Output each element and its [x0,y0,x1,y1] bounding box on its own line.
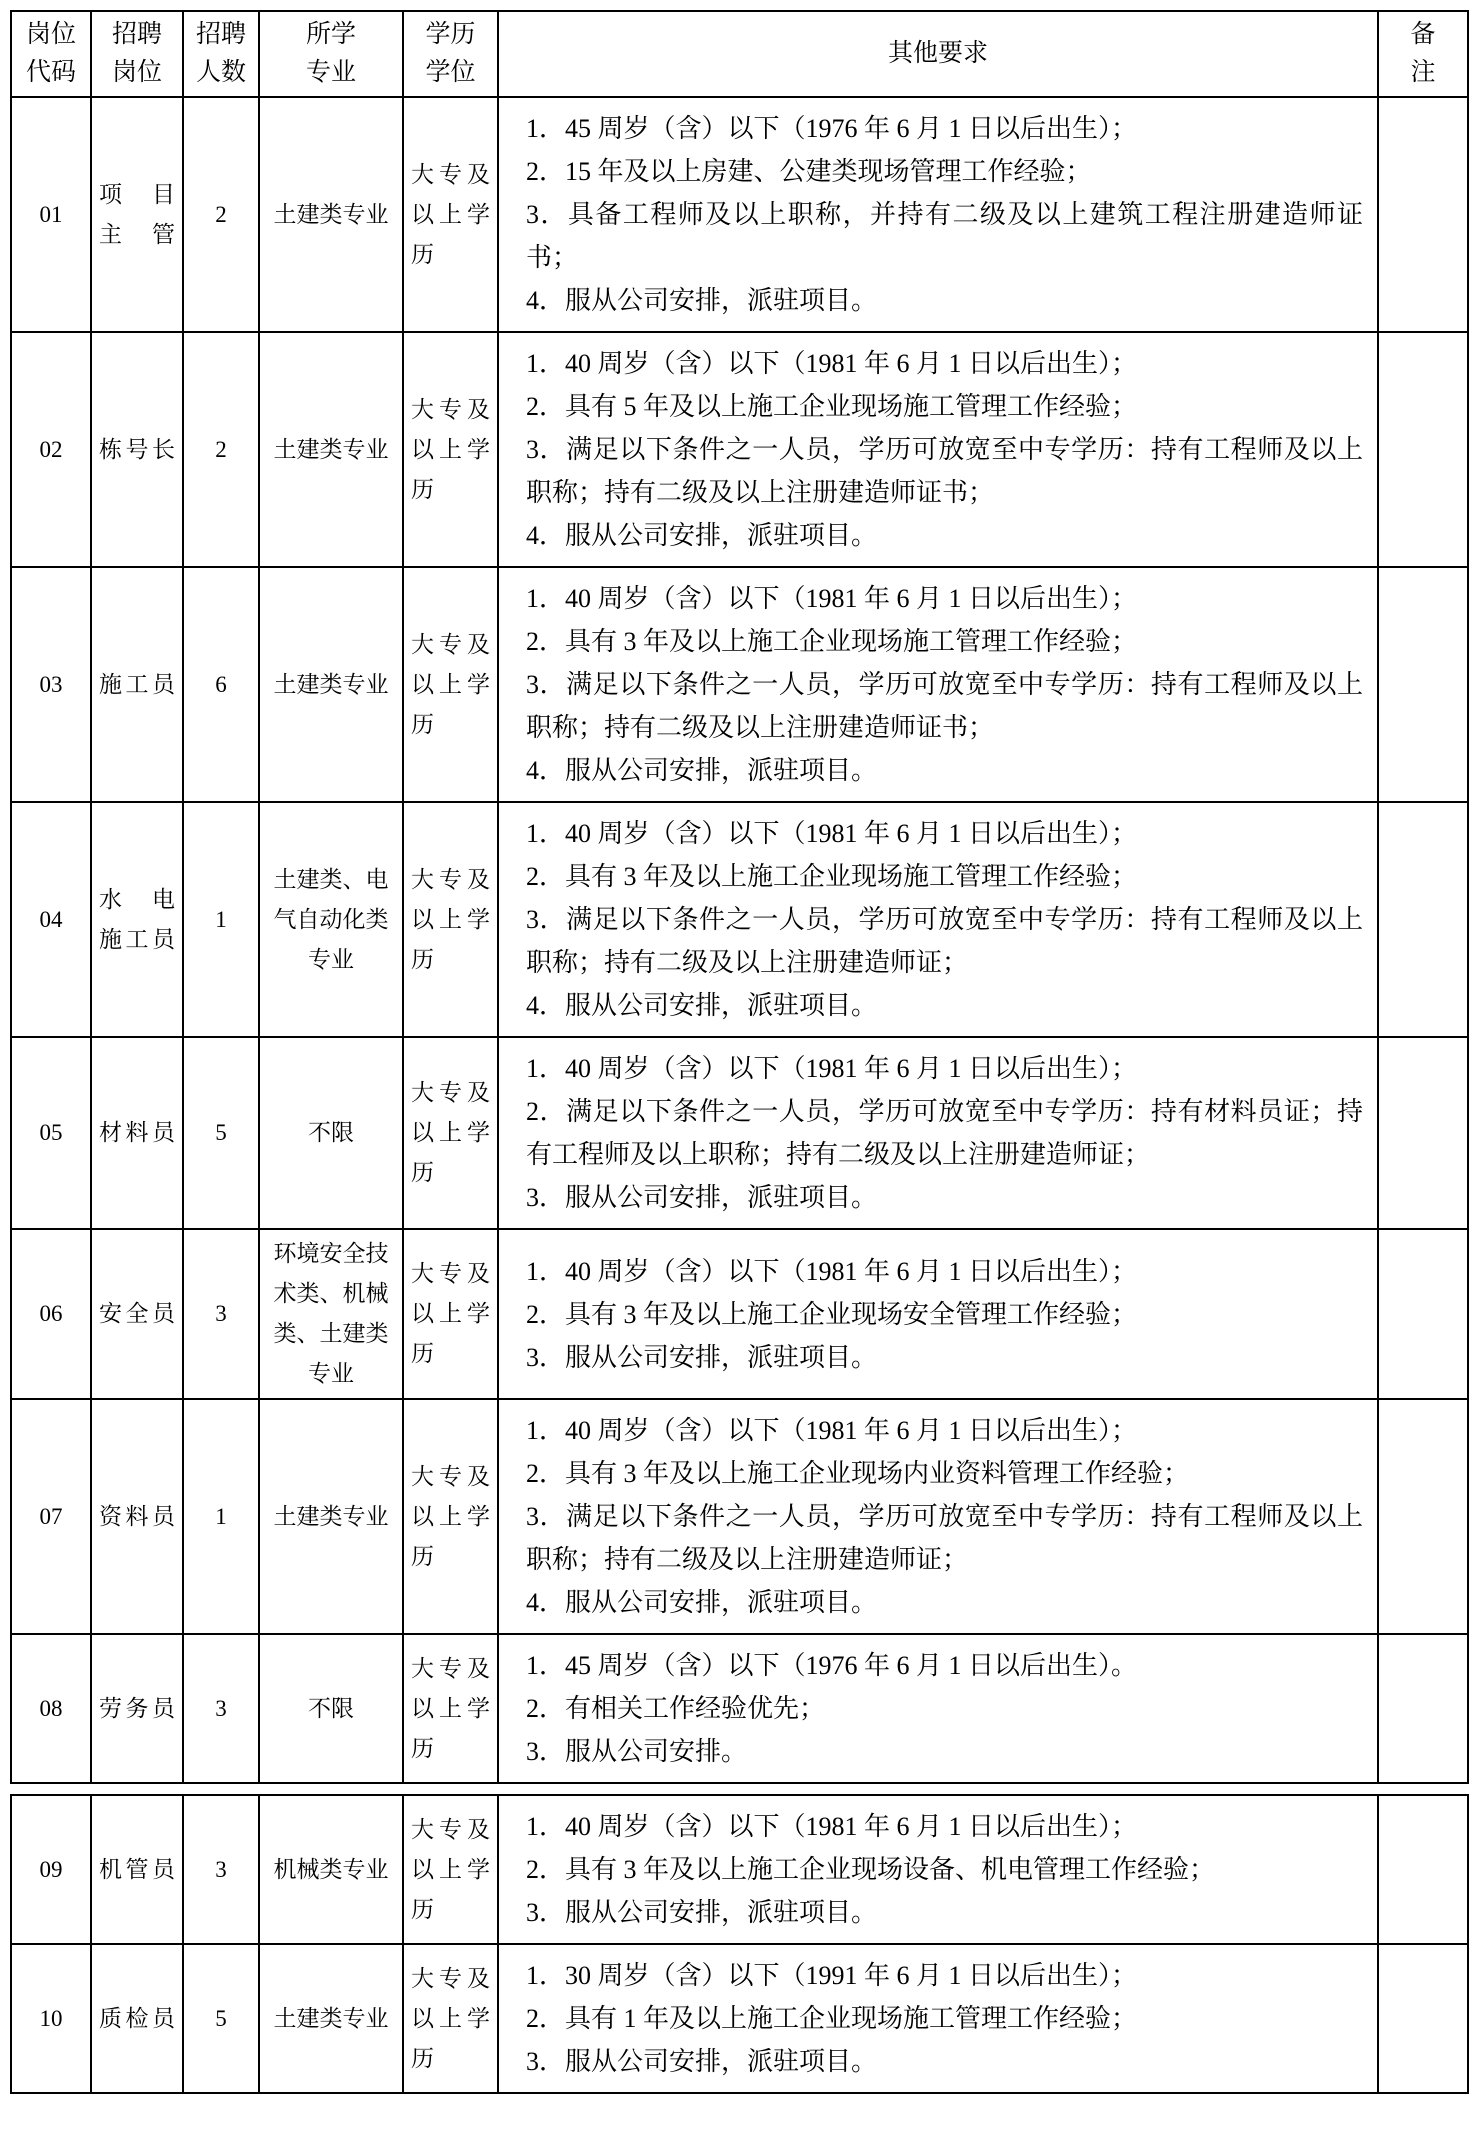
position-cell: 安全员 [91,1229,183,1399]
note-cell [1378,97,1468,332]
count-cell: 1 [183,802,259,1037]
position-cell: 材料员 [91,1037,183,1229]
degree-cell: 大专及 以上学历 [403,1944,498,2093]
major-cell: 土建类专业 [259,1944,403,2093]
recruitment-table-section-1: 岗位 代码 招聘 岗位 招聘 人数 所学 专业 学历 学位 其他要求 备 注 0… [10,10,1469,1784]
job-code-cell: 03 [11,567,91,802]
degree-cell: 大专及 以上学历 [403,97,498,332]
column-header-position: 招聘 岗位 [91,11,183,97]
requirement-item: 4．服从公司安排，派驻项目。 [526,279,1363,322]
requirements-cell: 1．40 周岁（含）以下（1981 年 6 月 1 日以后出生）；2．具有 5 … [498,332,1378,567]
requirements-cell: 1．45 周岁（含）以下（1976 年 6 月 1 日以后出生）；2．15 年及… [498,97,1378,332]
major-cell: 土建类专业 [259,567,403,802]
column-header-degree: 学历 学位 [403,11,498,97]
requirement-item: 3．满足以下条件之一人员，学历可放宽至中专学历：持有工程师及以上职称；持有二级及… [526,898,1363,984]
requirements-cell: 1．40 周岁（含）以下（1981 年 6 月 1 日以后出生）；2．具有 3 … [498,1795,1378,1944]
table-row: 08劳务员3不限大专及 以上学历1．45 周岁（含）以下（1976 年 6 月 … [11,1634,1468,1783]
column-header-count: 招聘 人数 [183,11,259,97]
position-cell: 劳务员 [91,1634,183,1783]
table-row: 01项目 主管2土建类专业大专及 以上学历1．45 周岁（含）以下（1976 年… [11,97,1468,332]
note-cell [1378,1944,1468,2093]
major-cell: 环境安全技术类、机械类、土建类专业 [259,1229,403,1399]
degree-cell: 大专及 以上学历 [403,1037,498,1229]
position-cell: 机管员 [91,1795,183,1944]
requirement-item: 2．具有 3 年及以上施工企业现场安全管理工作经验； [526,1293,1363,1336]
major-cell: 不限 [259,1634,403,1783]
recruitment-table-section-2: 09机管员3机械类专业大专及 以上学历1．40 周岁（含）以下（1981 年 6… [10,1794,1469,2094]
major-cell: 机械类专业 [259,1795,403,1944]
degree-cell: 大专及 以上学历 [403,1795,498,1944]
requirement-item: 3．服从公司安排，派驻项目。 [526,1176,1363,1219]
count-cell: 5 [183,1944,259,2093]
requirement-item: 2．具有 1 年及以上施工企业现场施工管理工作经验； [526,1997,1363,2040]
degree-cell: 大专及 以上学历 [403,1634,498,1783]
table-row: 03施工员6土建类专业大专及 以上学历1．40 周岁（含）以下（1981 年 6… [11,567,1468,802]
table-row: 04水电 施工员1土建类、电气自动化类专业大专及 以上学历1．40 周岁（含）以… [11,802,1468,1037]
note-cell [1378,1795,1468,1944]
job-code-cell: 08 [11,1634,91,1783]
requirement-item: 3．服从公司安排，派驻项目。 [526,2040,1363,2083]
position-cell: 水电 施工员 [91,802,183,1037]
requirement-item: 1．40 周岁（含）以下（1981 年 6 月 1 日以后出生）； [526,812,1363,855]
note-cell [1378,332,1468,567]
note-cell [1378,802,1468,1037]
requirement-item: 2．具有 5 年及以上施工企业现场施工管理工作经验； [526,385,1363,428]
requirement-item: 1．45 周岁（含）以下（1976 年 6 月 1 日以后出生）。 [526,1644,1363,1687]
degree-cell: 大专及 以上学历 [403,332,498,567]
requirement-item: 3．满足以下条件之一人员，学历可放宽至中专学历：持有工程师及以上职称；持有二级及… [526,428,1363,514]
degree-cell: 大专及 以上学历 [403,1399,498,1634]
count-cell: 3 [183,1634,259,1783]
column-header-major: 所学 专业 [259,11,403,97]
note-cell [1378,567,1468,802]
requirement-item: 4．服从公司安排，派驻项目。 [526,1581,1363,1624]
major-cell: 土建类专业 [259,97,403,332]
requirements-cell: 1．40 周岁（含）以下（1981 年 6 月 1 日以后出生）；2．具有 3 … [498,802,1378,1037]
column-header-note: 备 注 [1378,11,1468,97]
requirements-cell: 1．40 周岁（含）以下（1981 年 6 月 1 日以后出生）；2．具有 3 … [498,567,1378,802]
table-row: 07资料员1土建类专业大专及 以上学历1．40 周岁（含）以下（1981 年 6… [11,1399,1468,1634]
requirement-item: 1．40 周岁（含）以下（1981 年 6 月 1 日以后出生）； [526,1409,1363,1452]
position-cell: 施工员 [91,567,183,802]
requirement-item: 2．15 年及以上房建、公建类现场管理工作经验； [526,150,1363,193]
requirements-cell: 1．40 周岁（含）以下（1981 年 6 月 1 日以后出生）；2．具有 3 … [498,1399,1378,1634]
table-row: 05材料员5不限大专及 以上学历1．40 周岁（含）以下（1981 年 6 月 … [11,1037,1468,1229]
requirement-item: 1．40 周岁（含）以下（1981 年 6 月 1 日以后出生）； [526,1250,1363,1293]
requirement-item: 3．具备工程师及以上职称，并持有二级及以上建筑工程注册建造师证书； [526,193,1363,279]
requirement-item: 2．满足以下条件之一人员，学历可放宽至中专学历：持有材料员证；持有工程师及以上职… [526,1090,1363,1176]
table-row: 02栋号长2土建类专业大专及 以上学历1．40 周岁（含）以下（1981 年 6… [11,332,1468,567]
position-cell: 质检员 [91,1944,183,2093]
column-header-other-requirements: 其他要求 [498,11,1378,97]
requirements-cell: 1．30 周岁（含）以下（1991 年 6 月 1 日以后出生）；2．具有 1 … [498,1944,1378,2093]
job-code-cell: 05 [11,1037,91,1229]
major-cell: 土建类专业 [259,1399,403,1634]
requirement-item: 1．45 周岁（含）以下（1976 年 6 月 1 日以后出生）； [526,107,1363,150]
requirement-item: 2．具有 3 年及以上施工企业现场设备、机电管理工作经验； [526,1848,1363,1891]
requirements-cell: 1．40 周岁（含）以下（1981 年 6 月 1 日以后出生）；2．具有 3 … [498,1229,1378,1399]
count-cell: 1 [183,1399,259,1634]
degree-cell: 大专及 以上学历 [403,802,498,1037]
requirement-item: 2．具有 3 年及以上施工企业现场内业资料管理工作经验； [526,1452,1363,1495]
requirement-item: 4．服从公司安排，派驻项目。 [526,749,1363,792]
note-cell [1378,1634,1468,1783]
requirement-item: 3．服从公司安排，派驻项目。 [526,1891,1363,1934]
count-cell: 3 [183,1795,259,1944]
requirement-item: 1．40 周岁（含）以下（1981 年 6 月 1 日以后出生）； [526,1805,1363,1848]
major-cell: 不限 [259,1037,403,1229]
position-cell: 项目 主管 [91,97,183,332]
job-code-cell: 06 [11,1229,91,1399]
requirement-item: 1．40 周岁（含）以下（1981 年 6 月 1 日以后出生）； [526,342,1363,385]
position-cell: 栋号长 [91,332,183,567]
requirement-item: 2．具有 3 年及以上施工企业现场施工管理工作经验； [526,620,1363,663]
requirement-item: 3．服从公司安排。 [526,1730,1363,1773]
major-cell: 土建类专业 [259,332,403,567]
requirement-item: 1．30 周岁（含）以下（1991 年 6 月 1 日以后出生）； [526,1954,1363,1997]
table-row: 06安全员3环境安全技术类、机械类、土建类专业大专及 以上学历1．40 周岁（含… [11,1229,1468,1399]
note-cell [1378,1037,1468,1229]
requirement-item: 4．服从公司安排，派驻项目。 [526,984,1363,1027]
requirement-item: 4．服从公司安排，派驻项目。 [526,514,1363,557]
position-cell: 资料员 [91,1399,183,1634]
count-cell: 5 [183,1037,259,1229]
column-header-job-code: 岗位 代码 [11,11,91,97]
degree-cell: 大专及 以上学历 [403,1229,498,1399]
job-code-cell: 09 [11,1795,91,1944]
requirement-item: 1．40 周岁（含）以下（1981 年 6 月 1 日以后出生）； [526,577,1363,620]
note-cell [1378,1399,1468,1634]
count-cell: 2 [183,332,259,567]
count-cell: 2 [183,97,259,332]
job-code-cell: 01 [11,97,91,332]
requirement-item: 2．有相关工作经验优先； [526,1687,1363,1730]
job-code-cell: 02 [11,332,91,567]
requirement-item: 3．服从公司安排，派驻项目。 [526,1336,1363,1379]
table-row: 10质检员5土建类专业大专及 以上学历1．30 周岁（含）以下（1991 年 6… [11,1944,1468,2093]
recruitment-document: 岗位 代码 招聘 岗位 招聘 人数 所学 专业 学历 学位 其他要求 备 注 0… [10,10,1467,2094]
requirements-cell: 1．45 周岁（含）以下（1976 年 6 月 1 日以后出生）。2．有相关工作… [498,1634,1378,1783]
count-cell: 3 [183,1229,259,1399]
job-code-cell: 10 [11,1944,91,2093]
requirement-item: 3．满足以下条件之一人员，学历可放宽至中专学历：持有工程师及以上职称；持有二级及… [526,1495,1363,1581]
requirements-cell: 1．40 周岁（含）以下（1981 年 6 月 1 日以后出生）；2．满足以下条… [498,1037,1378,1229]
requirement-item: 2．具有 3 年及以上施工企业现场施工管理工作经验； [526,855,1363,898]
requirement-item: 1．40 周岁（含）以下（1981 年 6 月 1 日以后出生）； [526,1047,1363,1090]
requirement-item: 3．满足以下条件之一人员，学历可放宽至中专学历：持有工程师及以上职称；持有二级及… [526,663,1363,749]
table-row: 09机管员3机械类专业大专及 以上学历1．40 周岁（含）以下（1981 年 6… [11,1795,1468,1944]
job-code-cell: 04 [11,802,91,1037]
note-cell [1378,1229,1468,1399]
header-row: 岗位 代码 招聘 岗位 招聘 人数 所学 专业 学历 学位 其他要求 备 注 [11,11,1468,97]
degree-cell: 大专及 以上学历 [403,567,498,802]
count-cell: 6 [183,567,259,802]
job-code-cell: 07 [11,1399,91,1634]
major-cell: 土建类、电气自动化类专业 [259,802,403,1037]
